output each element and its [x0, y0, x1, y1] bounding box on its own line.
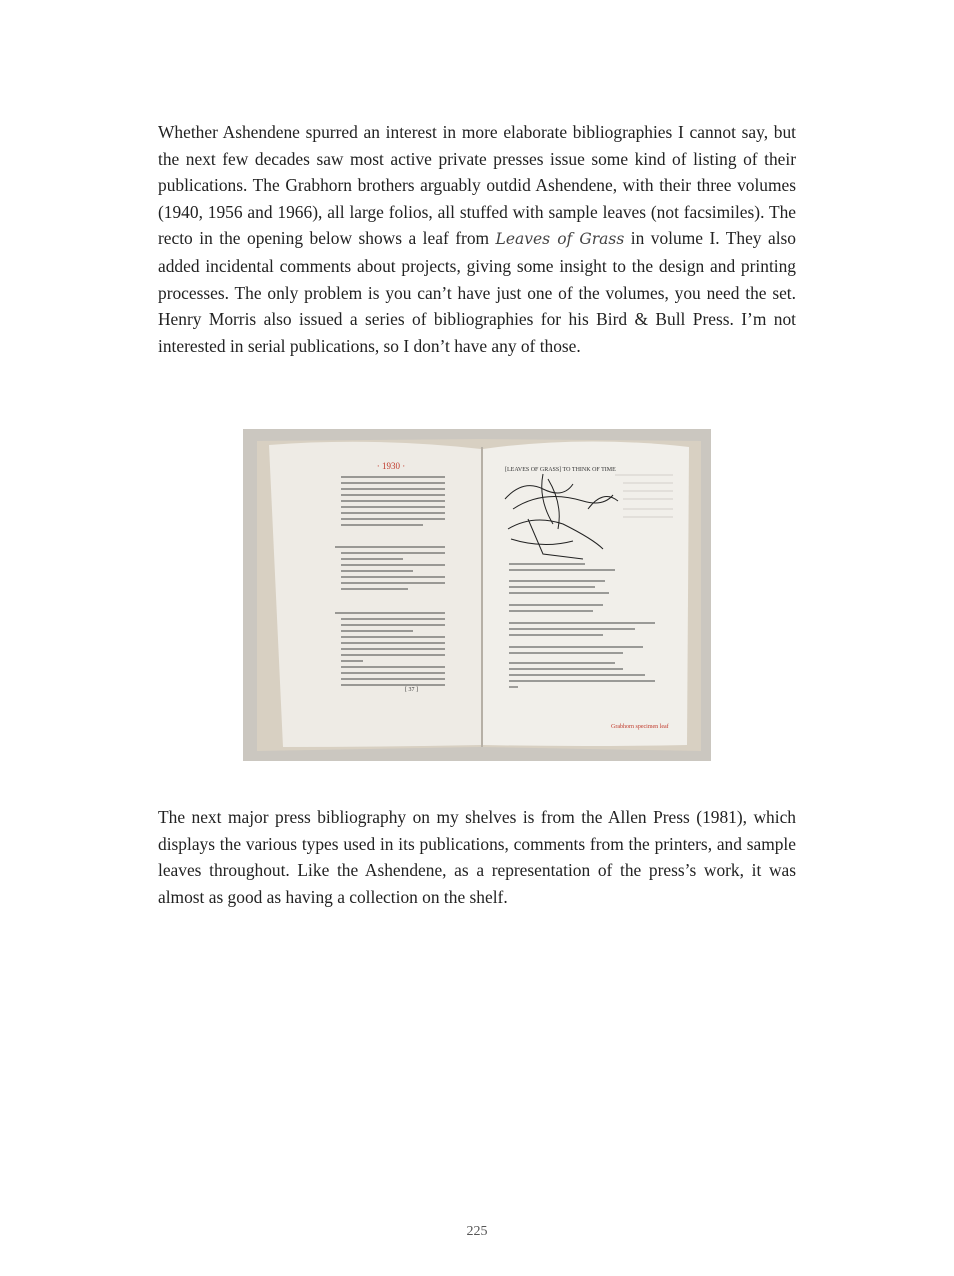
svg-text:[ 37 ]: [ 37 ] [405, 687, 418, 693]
svg-text:Grabhorn specimen leaf: Grabhorn specimen leaf [611, 723, 669, 730]
body-paragraph-2: The next major press bibliography on my … [158, 804, 796, 910]
svg-text:[LEAVES OF GRASS] TO THINK OF: [LEAVES OF GRASS] TO THINK OF TIME [505, 467, 616, 473]
svg-text:· 1930 ·: · 1930 · [377, 461, 406, 471]
book-title-italic: Leaves of Grass [496, 230, 625, 248]
body-paragraph-1: Whether Ashendene spurred an interest in… [158, 119, 796, 359]
page-number: 225 [0, 1224, 954, 1240]
open-book-photo: · 1930 · [ 37 ] [LEAVES OF GRASS] TO THI… [243, 429, 711, 761]
